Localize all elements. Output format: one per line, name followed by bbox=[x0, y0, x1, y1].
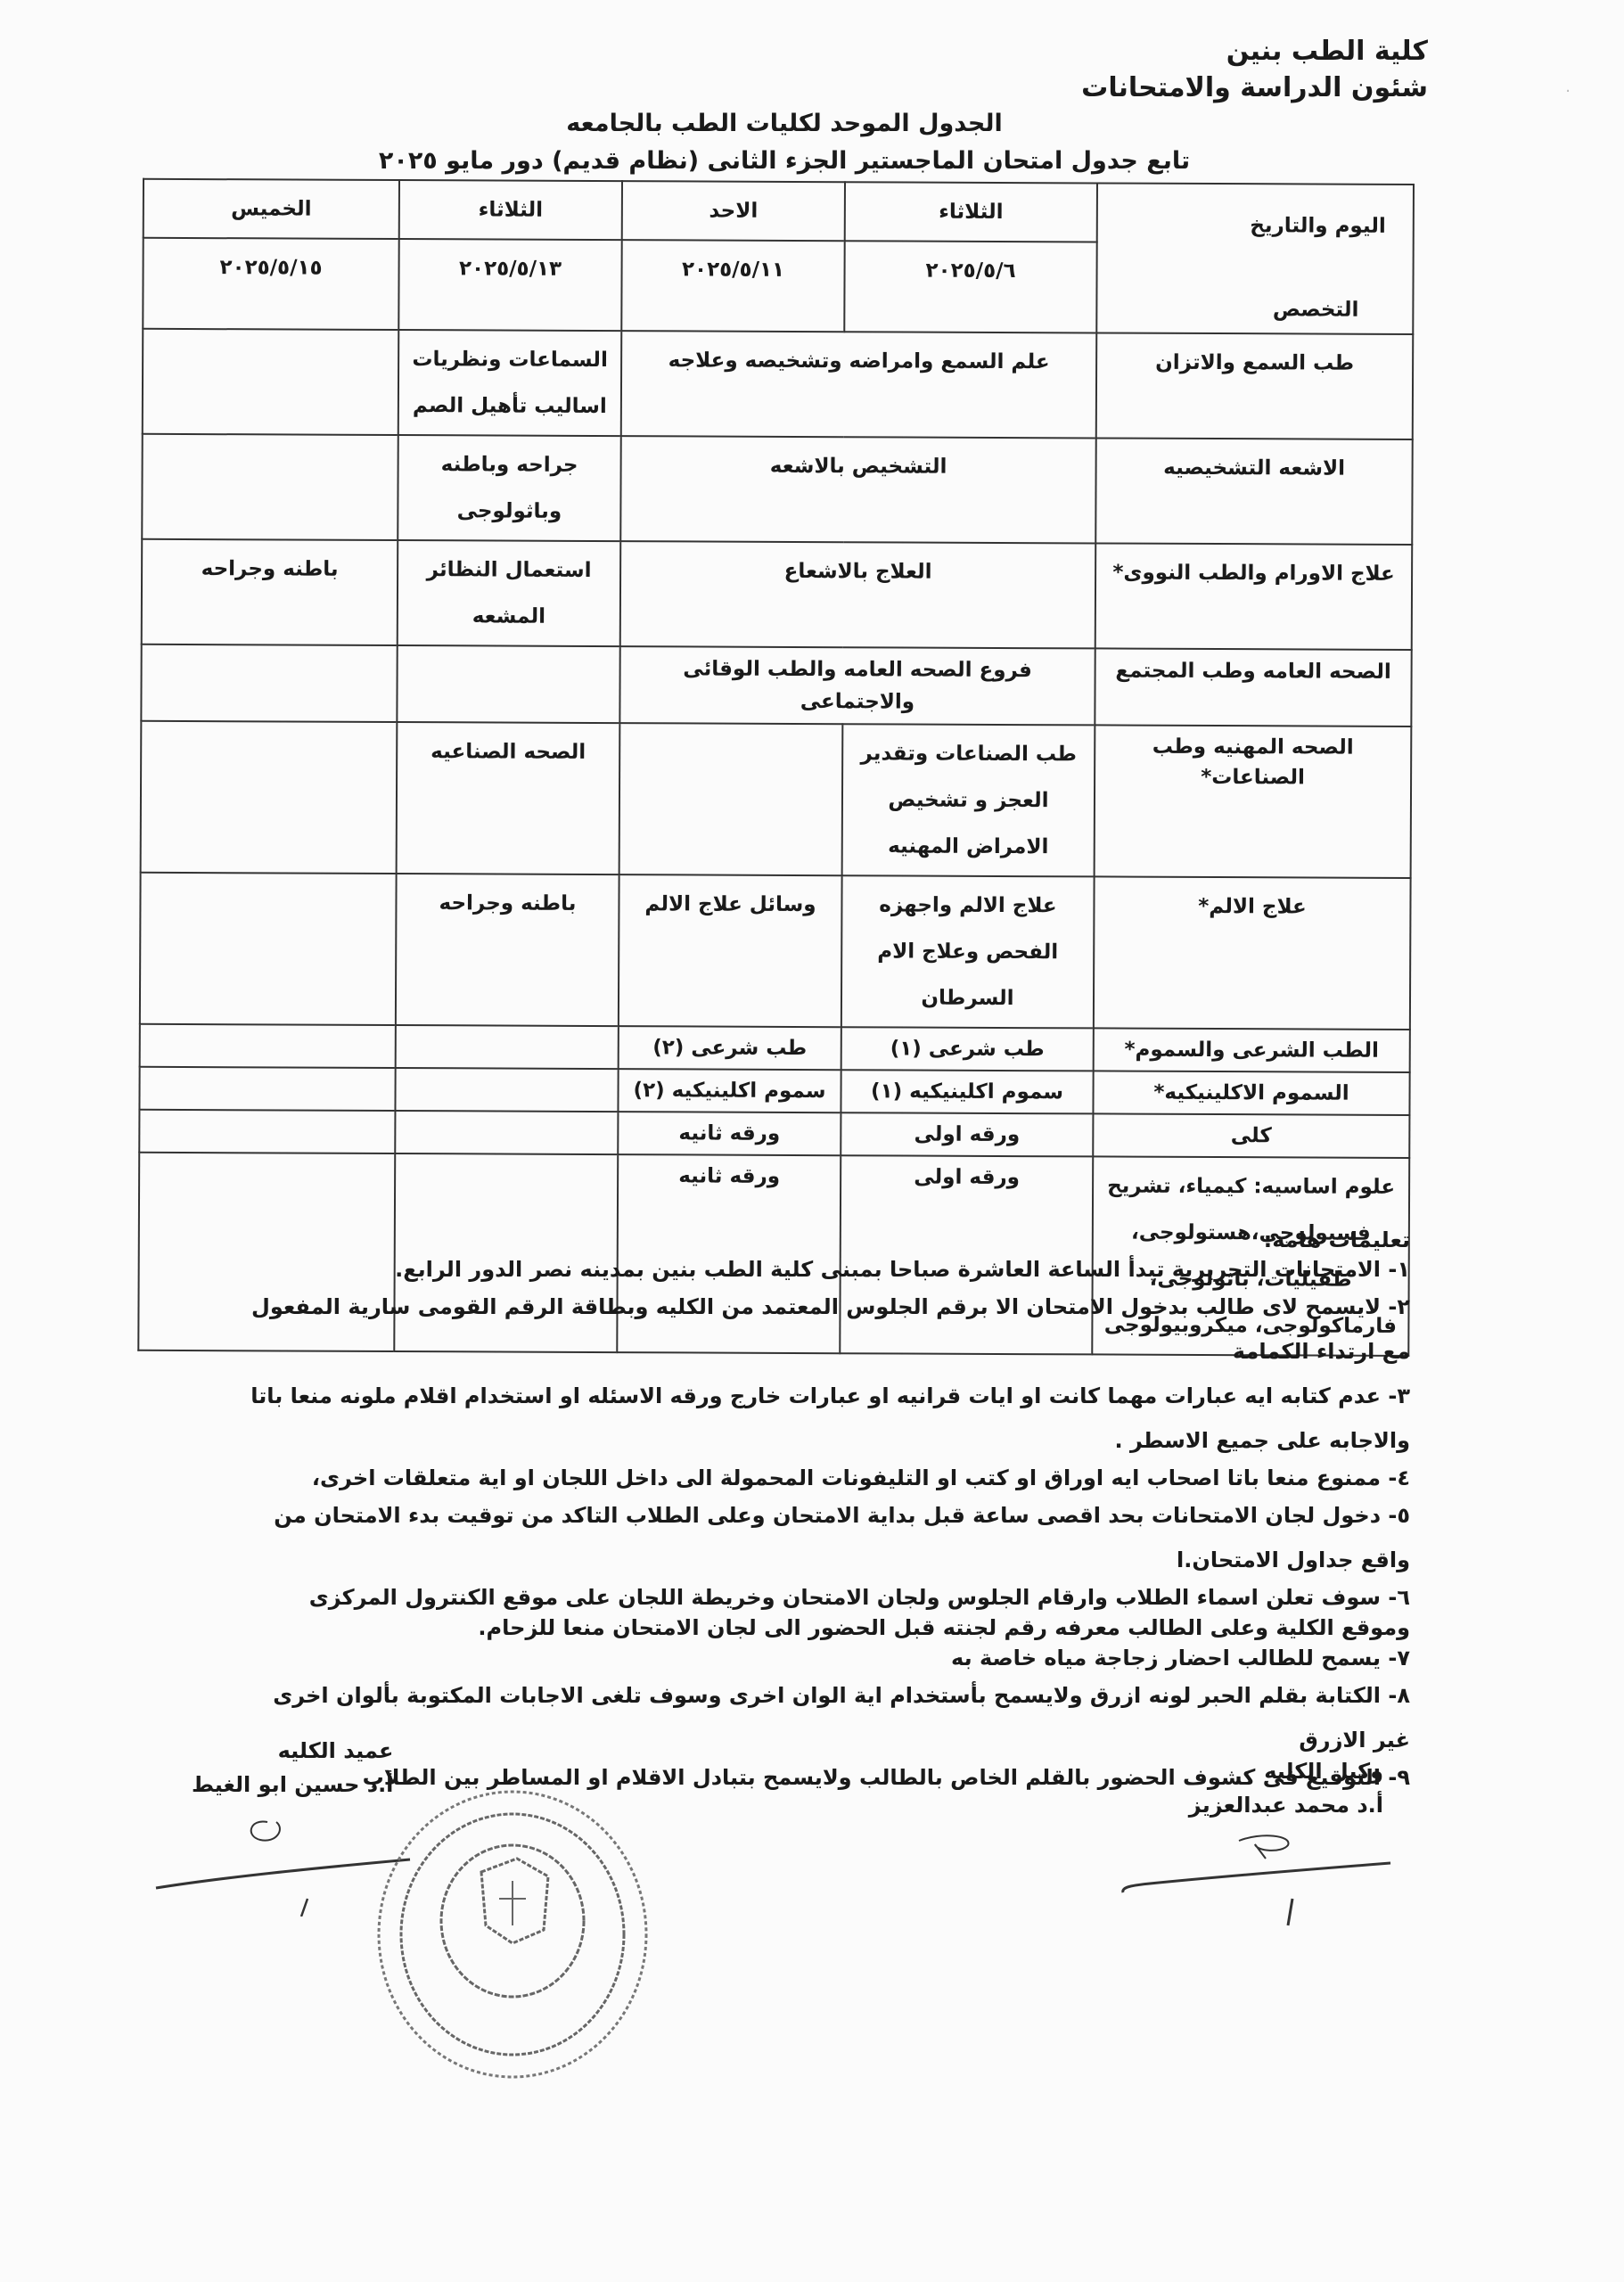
title-line-1: الجدول الموحد لكليات الطب بالجامعه bbox=[339, 105, 1230, 143]
exam-cell: الصحه الصناعيه bbox=[397, 722, 620, 874]
specialty-cell: الاشعه التشخيصيه bbox=[1095, 438, 1413, 545]
scan-speck: · bbox=[1565, 82, 1571, 101]
instruction-item: ٥- دخول لجان الامتحانات بحد اقصى ساعة قب… bbox=[234, 1493, 1410, 1582]
instruction-item: ٧- يسمح للطالب احضار زجاجة مياه خاصة به bbox=[234, 1643, 1410, 1673]
day-date-label: اليوم والتاريخ bbox=[1250, 202, 1386, 250]
date-cell: ٢٠٢٥/٥/١٣ bbox=[398, 239, 621, 331]
vice-dean-title: وكيل الكليه bbox=[1189, 1754, 1383, 1788]
document-title: الجدول الموحد لكليات الطب بالجامعه تابع … bbox=[339, 105, 1230, 180]
day-header: الثلاثاء bbox=[399, 180, 622, 240]
specialty-label: التخصص bbox=[1273, 286, 1359, 332]
specialty-cell: الطب الشرعى والسموم* bbox=[1094, 1028, 1410, 1072]
specialty-cell: الصحه المهنيه وطب الصناعات* bbox=[1095, 725, 1412, 878]
dean-name: أ.د حسين ابو الغيط bbox=[192, 1768, 393, 1802]
exam-cell: ورقه ثانيه bbox=[618, 1112, 841, 1155]
exam-cell bbox=[141, 721, 398, 874]
faculty-header: كلية الطب بنين شئون الدراسة والامتحانات bbox=[1081, 34, 1428, 107]
exam-cell bbox=[142, 434, 398, 540]
exam-cell bbox=[139, 1110, 395, 1153]
exam-cell: باطنه وجراحه bbox=[142, 539, 398, 645]
specialty-cell: طب السمع والاتزان bbox=[1096, 332, 1414, 439]
instructions-heading: تعليمات هامة: bbox=[234, 1226, 1410, 1254]
exam-cell bbox=[395, 1111, 618, 1154]
table-row: الاشعه التشخيصيه التشخيص بالاشعه جراحه و… bbox=[142, 434, 1413, 545]
exam-cell: علاج الالم واجهزه الفحص وعلاج الام السرط… bbox=[841, 875, 1095, 1028]
table-row: علاج الاورام والطب النووى* العلاج بالاشع… bbox=[142, 539, 1413, 650]
instruction-item: ٢- لايسمح لاى طالب بدخول الامتحان الا بر… bbox=[234, 1285, 1410, 1374]
day-header: الاحد bbox=[622, 181, 845, 241]
specialty-cell: الصحه العامه وطب المجتمع bbox=[1095, 648, 1411, 726]
title-line-2: تابع جدول امتحان الماجستير الجزء الثانى … bbox=[339, 143, 1230, 180]
exam-cell: باطنه وجراحه bbox=[396, 874, 619, 1026]
vice-dean-signature-scribble-icon bbox=[1114, 1832, 1408, 1930]
exam-cell bbox=[397, 645, 619, 723]
exam-cell: سموم اكلينيكيه (١) bbox=[841, 1070, 1093, 1113]
exam-cell: فروع الصحه العامه والطب الوقائى والاجتما… bbox=[619, 646, 1095, 725]
instruction-item: ٦- سوف تعلن اسماء الطلاب وارقام الجلوس و… bbox=[234, 1582, 1410, 1643]
exam-cell: ورقه اولى bbox=[841, 1112, 1093, 1156]
specialty-cell: علاج الالم* bbox=[1094, 876, 1411, 1030]
table-row: كلى ورقه اولى ورقه ثانيه bbox=[139, 1110, 1409, 1158]
specialty-cell: كلى bbox=[1093, 1113, 1409, 1158]
exam-cell bbox=[396, 1025, 619, 1069]
dean-title: عميد الكليه bbox=[192, 1734, 393, 1768]
exam-cell: التشخيص بالاشعه bbox=[620, 436, 1096, 543]
exam-cell bbox=[139, 1067, 395, 1111]
table-row: طب السمع والاتزان علم السمع وامراضه وتشخ… bbox=[143, 329, 1414, 439]
exam-cell: العلاج بالاشعاع bbox=[620, 541, 1096, 648]
exam-cell bbox=[140, 1024, 396, 1068]
exam-cell: جراحه وباطنه وباثولوجى bbox=[398, 435, 621, 541]
exam-cell bbox=[619, 723, 843, 875]
table-row: السموم الاكلينيكيه* سموم اكلينيكيه (١) س… bbox=[139, 1067, 1409, 1115]
instructions-section: تعليمات هامة: ١- الامتحانات التحريرية تب… bbox=[234, 1226, 1410, 1793]
vice-dean-signature-block: وكيل الكليه أ.د محمد عبدالعزيز bbox=[1189, 1754, 1383, 1822]
exam-cell: سموم اكلينيكيه (٢) bbox=[618, 1069, 841, 1112]
date-cell: ٢٠٢٥/٥/١٥ bbox=[143, 238, 398, 330]
svg-text:AL-AZHAR UNIVERSITY: AL-AZHAR UNIVERSITY bbox=[365, 1774, 373, 1779]
exam-cell bbox=[141, 644, 397, 722]
specialty-cell: علاج الاورام والطب النووى* bbox=[1095, 543, 1413, 650]
instruction-item: ١- الامتحانات التحريرية تبدأ الساعة العا… bbox=[234, 1254, 1410, 1285]
exam-cell: علم السمع وامراضه وتشخيصه وعلاجه bbox=[621, 331, 1097, 438]
exam-cell bbox=[143, 329, 399, 435]
instruction-item: ٨- الكتابة بقلم الحبر لونه ازرق ولايسمح … bbox=[234, 1673, 1410, 1762]
exam-cell bbox=[140, 873, 397, 1025]
table-row: الصحه العامه وطب المجتمع فروع الصحه العا… bbox=[141, 644, 1411, 726]
department-name: شئون الدراسة والامتحانات bbox=[1081, 70, 1428, 107]
exam-cell: استعمال النظائر المشعه bbox=[398, 540, 621, 646]
exam-cell: طب شرعى (١) bbox=[841, 1027, 1094, 1071]
corner-header-cell: اليوم والتاريخ التخصص bbox=[1096, 183, 1414, 334]
day-header: الخميس bbox=[144, 179, 399, 239]
specialty-cell: السموم الاكلينيكيه* bbox=[1093, 1071, 1409, 1115]
date-cell: ٢٠٢٥/٥/١١ bbox=[621, 240, 844, 332]
table-row: الصحه المهنيه وطب الصناعات* طب الصناعات … bbox=[141, 721, 1412, 878]
exam-cell: وسائل علاج الالم bbox=[619, 874, 842, 1027]
table-row: الطب الشرعى والسموم* طب شرعى (١) طب شرعى… bbox=[140, 1024, 1410, 1072]
stamp-text: AL-AZHAR UNIVERSITY bbox=[365, 1774, 373, 1779]
day-header: الثلاثاء bbox=[845, 182, 1097, 242]
vice-dean-name: أ.د محمد عبدالعزيز bbox=[1189, 1788, 1383, 1822]
table-row: علاج الالم* علاج الالم واجهزه الفحص وعلا… bbox=[140, 873, 1411, 1030]
exam-schedule-table: اليوم والتاريخ التخصص الثلاثاء الاحد الث… bbox=[137, 178, 1415, 1357]
faculty-name: كلية الطب بنين bbox=[1081, 34, 1428, 70]
date-cell: ٢٠٢٥/٥/٦ bbox=[844, 241, 1096, 332]
al-azhar-university-stamp-icon: AL-AZHAR UNIVERSITY bbox=[365, 1774, 651, 2095]
instruction-item: ٤- ممنوع منعا باتا اصحاب ايه اوراق او كت… bbox=[234, 1463, 1410, 1493]
exam-cell: السماعات ونظريات اساليب تأهيل الصم bbox=[398, 330, 622, 436]
dean-signature-block: عميد الكليه أ.د حسين ابو الغيط bbox=[192, 1734, 393, 1802]
exam-cell: طب شرعى (٢) bbox=[619, 1026, 841, 1070]
exam-cell bbox=[395, 1068, 618, 1112]
exam-cell: طب الصناعات وتقدير العجز و تشخيص الامراض… bbox=[842, 724, 1095, 876]
instruction-item: ٣- عدم كتابه ايه عبارات مهما كانت او ايا… bbox=[234, 1374, 1410, 1463]
